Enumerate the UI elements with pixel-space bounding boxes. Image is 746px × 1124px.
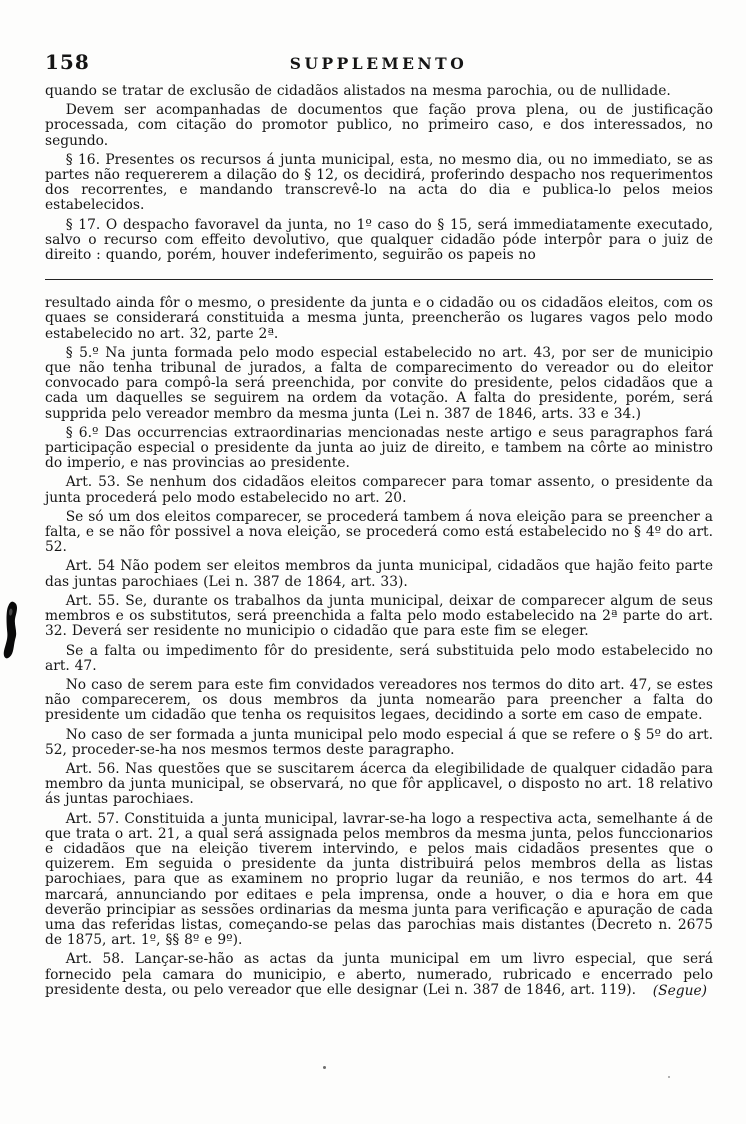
paragraph: No caso de serem para este fim convidado… xyxy=(45,678,713,724)
paragraph: Art. 57. Constituida a junta municipal, … xyxy=(45,812,713,949)
main-section: resultado ainda fôr o mesmo, o president… xyxy=(45,296,713,998)
paragraph: resultado ainda fôr o mesmo, o president… xyxy=(45,296,713,342)
scan-speck xyxy=(323,1066,326,1069)
paragraph: Se a falta ou impedimento fôr do preside… xyxy=(45,644,713,674)
paragraph-text: § 5.º Na junta formada pelo modo especia… xyxy=(45,345,713,422)
paragraph: No caso de ser formada a junta municipal… xyxy=(45,728,713,758)
paragraph: § 6.º Das occurrencias extraordinarias m… xyxy=(45,426,713,472)
paragraph: § 17. O despacho favoravel da junta, no … xyxy=(45,218,713,264)
paragraph-text: Devem ser acompanhadas de documentos que… xyxy=(45,102,713,148)
scan-speck xyxy=(320,695,322,697)
paragraph-text: Art. 58. Lançar-se-hão as actas da junta… xyxy=(45,951,713,997)
paragraph-text: No caso de serem para este fim convidado… xyxy=(45,677,713,723)
paragraph-text: Art. 53. Se nenhum dos cidadãos eleitos … xyxy=(45,474,713,505)
paragraph: § 5.º Na junta formada pelo modo especia… xyxy=(45,346,713,422)
paragraph-text: Art. 55. Se, durante os trabalhos da jun… xyxy=(45,593,713,639)
scanned-document-page: 158 SUPPLEMENTO quando se tratar de excl… xyxy=(0,0,746,1124)
page-header: 158 SUPPLEMENTO xyxy=(45,50,712,78)
paragraph-text: Se só um dos eleitos comparecer, se proc… xyxy=(45,509,713,555)
paragraph-text: Art. 56. Nas questões que se suscitarem … xyxy=(45,761,713,807)
paragraph: Art. 53. Se nenhum dos cidadãos eleitos … xyxy=(45,475,713,505)
paragraph-text: § 6.º Das occurrencias extraordinarias m… xyxy=(45,425,713,471)
paragraph: Art. 58. Lançar-se-hão as actas da junta… xyxy=(45,952,713,998)
scan-speck xyxy=(668,1076,670,1078)
paragraph-text: quando se tratar de exclusão de cidadãos… xyxy=(45,83,671,99)
paragraph: § 16. Presentes os recursos á junta muni… xyxy=(45,153,713,214)
scan-speck xyxy=(628,160,630,162)
paragraph-text: § 16. Presentes os recursos á junta muni… xyxy=(45,152,713,214)
paragraph-text: Art. 57. Constituida a junta municipal, … xyxy=(45,811,713,949)
paragraph: Se só um dos eleitos comparecer, se proc… xyxy=(45,510,713,556)
section-divider xyxy=(45,279,713,280)
ink-stain xyxy=(0,600,25,665)
paragraph-text: Se a falta ou impedimento fôr do preside… xyxy=(45,643,713,674)
paragraph-text: resultado ainda fôr o mesmo, o president… xyxy=(45,295,713,341)
paragraph-text: § 17. O despacho favoravel da junta, no … xyxy=(45,217,713,263)
page-title: SUPPLEMENTO xyxy=(45,54,712,73)
paragraph: Art. 55. Se, durante os trabalhos da jun… xyxy=(45,594,713,640)
paragraph-text: Art. 54 Não podem ser eleitos membros da… xyxy=(45,558,713,589)
paragraph: Devem ser acompanhadas de documentos que… xyxy=(45,103,713,149)
paragraph: quando se tratar de exclusão de cidadãos… xyxy=(45,84,713,99)
paragraph-text: No caso de ser formada a junta municipal… xyxy=(45,727,713,758)
top-section: quando se tratar de exclusão de cidadãos… xyxy=(45,84,713,263)
paragraph: Art. 56. Nas questões que se suscitarem … xyxy=(45,762,713,808)
paragraph: Art. 54 Não podem ser eleitos membros da… xyxy=(45,559,713,589)
page-body: quando se tratar de exclusão de cidadãos… xyxy=(45,84,713,999)
